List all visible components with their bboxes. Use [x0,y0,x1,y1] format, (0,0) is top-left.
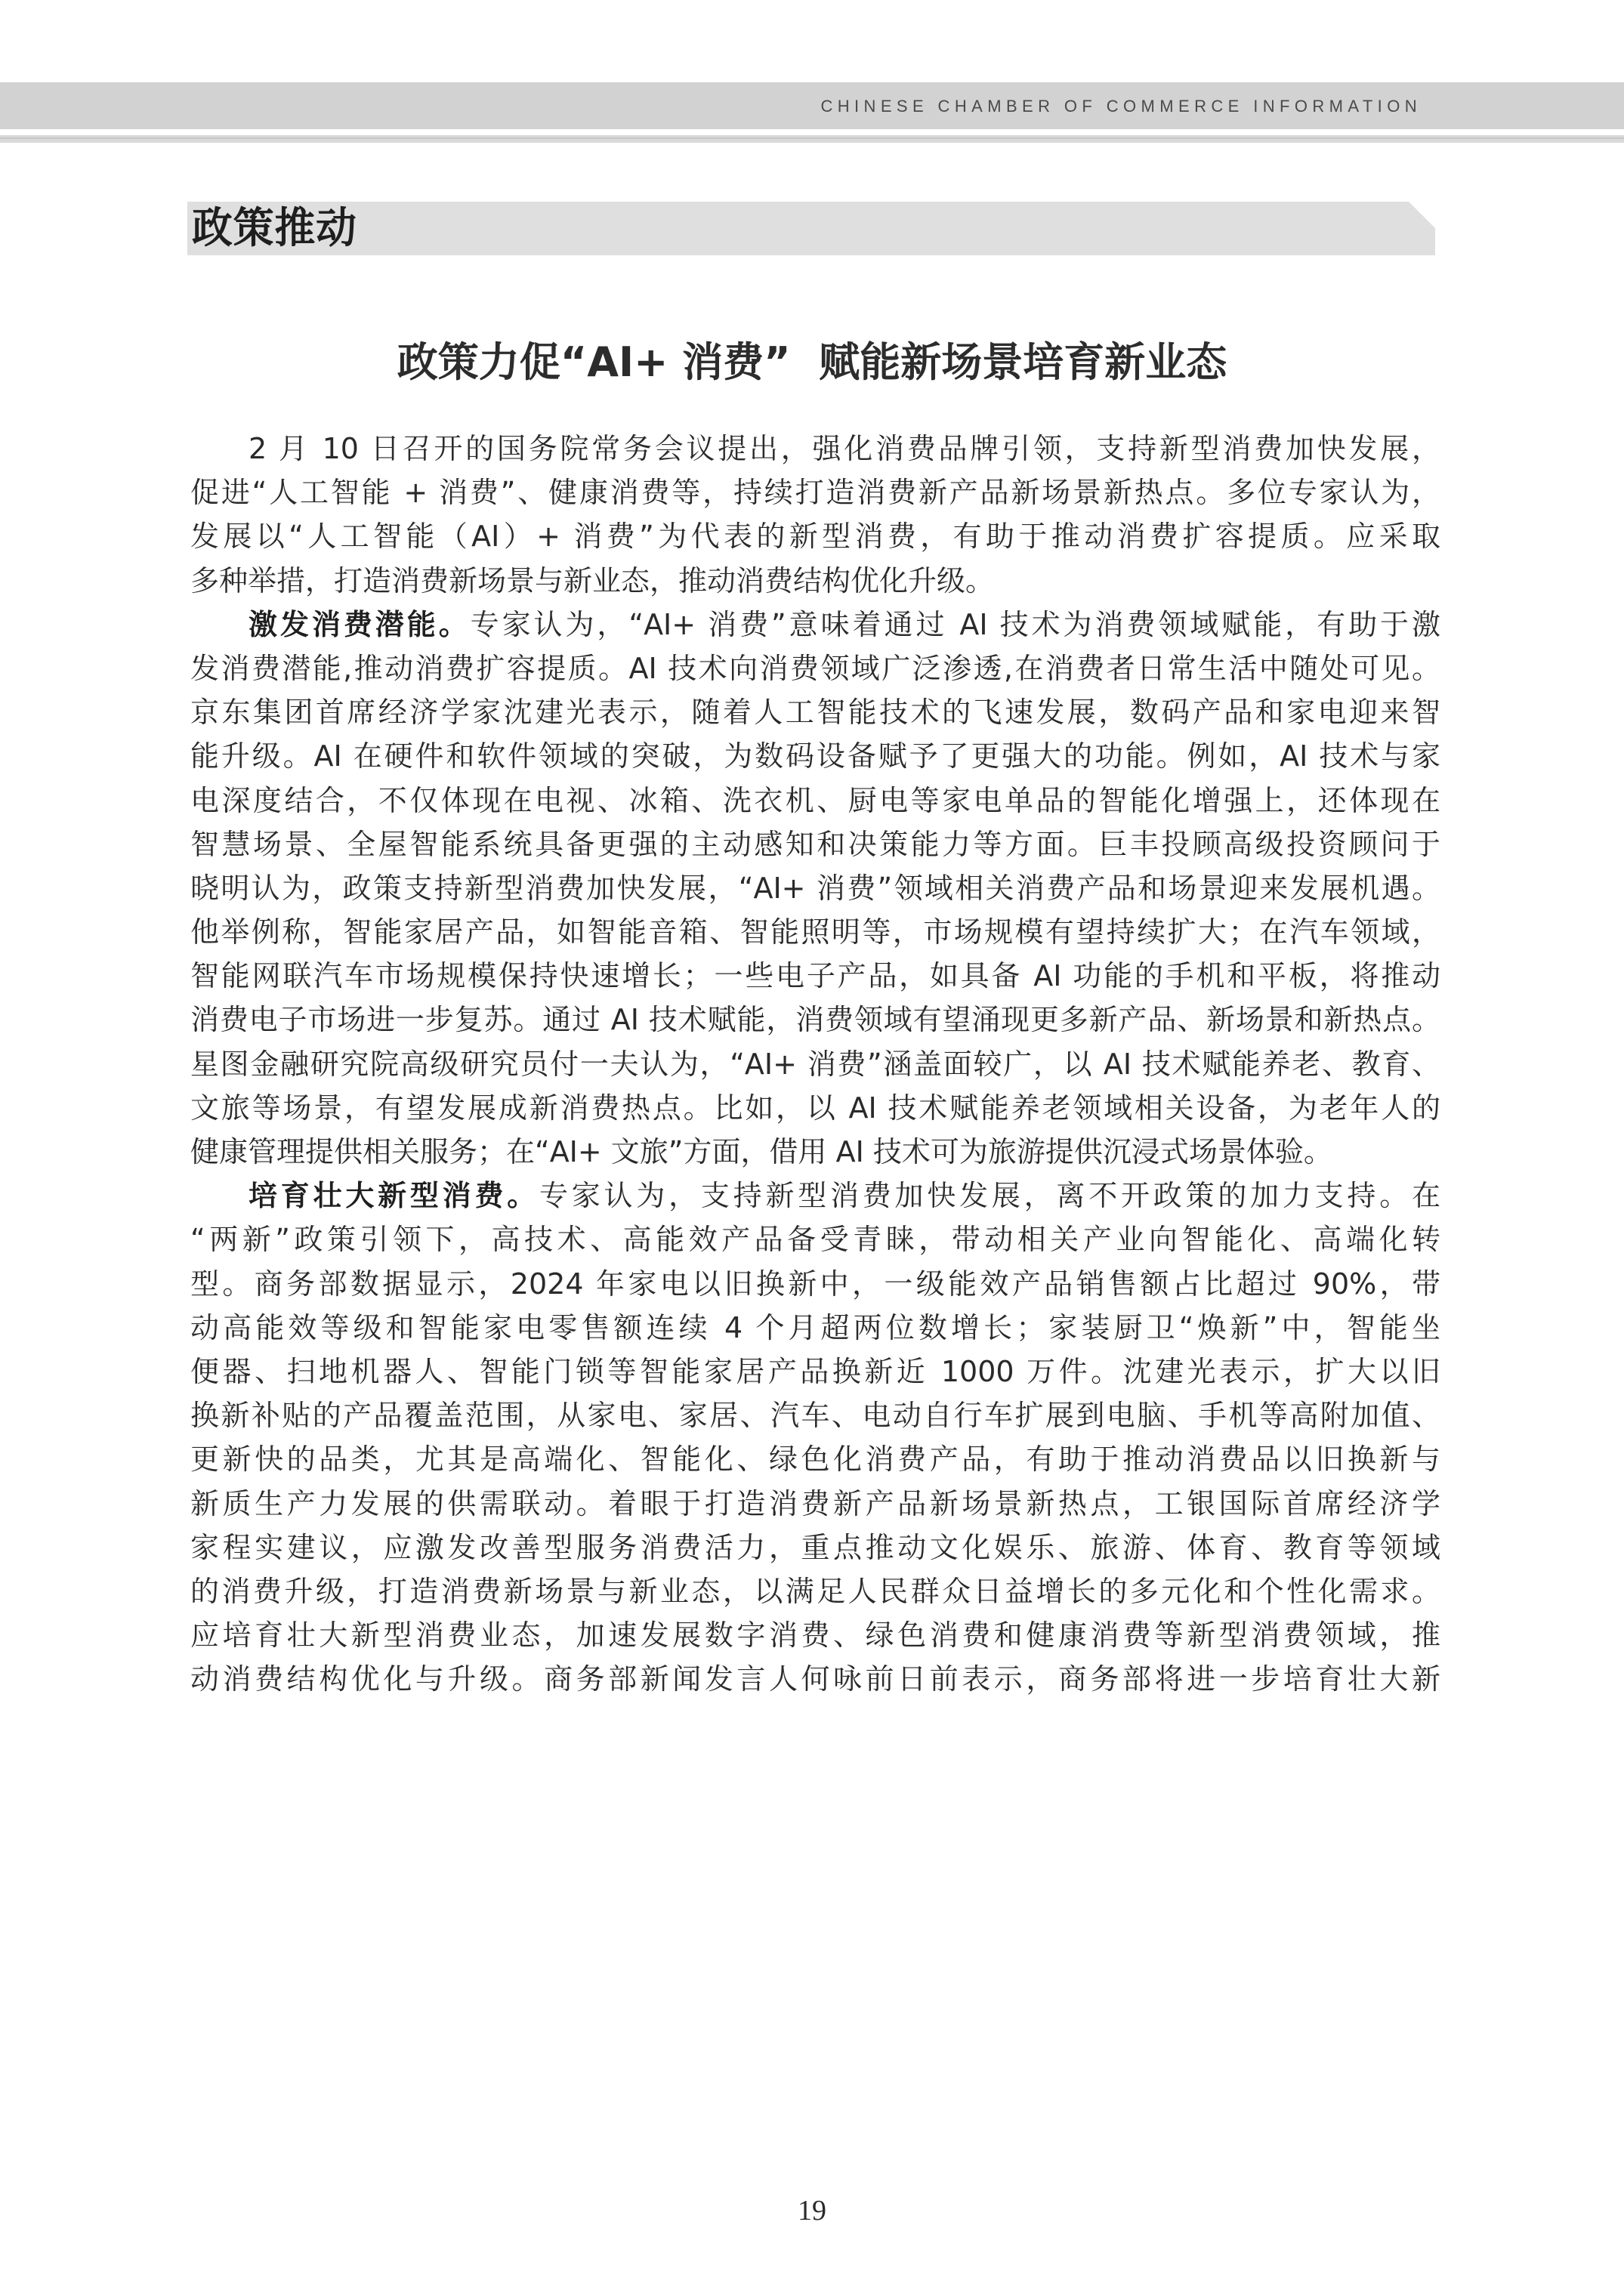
body-line: 2 月 10 日召开的国务院常务会议提出，强化消费品牌引领，支持新型消费加快发展… [190,427,1440,471]
body-line-text: 促进“人工智能 + 消费”、健康消费等，持续打造消费新产品新场景新热点。多位专家… [190,476,1440,509]
body-line-text: 新质生产力发展的供需联动。着眼于打造消费新产品新场景新热点，工银国际首席经济学 [190,1487,1440,1520]
body-line-text: 智能网联汽车市场规模保持快速增长；一些电子产品，如具备 AI 功能的手机和平板，… [190,959,1440,992]
body-line: 培育壮大新型消费。专家认为，支持新型消费加快发展，离不开政策的加力支持。在 [190,1174,1440,1217]
body-line-text: 动消费结构优化与升级。商务部新闻发言人何咏前日前表示，商务部将进一步培育壮大新 [190,1662,1440,1696]
body-line: 星图金融研究院高级研究员付一夫认为，“AI+ 消费”涵盖面较广，以 AI 技术赋… [190,1042,1440,1086]
body-line: 更新快的品类，尤其是高端化、智能化、绿色化消费产品，有助于推动消费品以旧换新与 [190,1437,1440,1481]
article-body: 2 月 10 日召开的国务院常务会议提出，强化消费品牌引领，支持新型消费加快发展… [190,427,1440,1701]
body-line-text: 家程实建议，应激发改善型服务消费活力，重点推动文化娱乐、旅游、体育、教育等领域 [190,1531,1440,1564]
body-line: 动高能效等级和智能家电零售额连续 4 个月超两位数增长；家装厨卫“焕新”中，智能… [190,1306,1440,1350]
body-line-text: 发消费潜能,推动消费扩容提质。AI 技术向消费领域广泛渗透,在消费者日常生活中随… [190,652,1440,685]
body-line-text: 发展以“人工智能（AI）+ 消费”为代表的新型消费，有助于推动消费扩容提质。应采… [190,520,1440,553]
body-line: 激发消费潜能。专家认为，“AI+ 消费”意味着通过 AI 技术为消费领域赋能，有… [190,603,1440,647]
publication-name: CHINESE CHAMBER OF COMMERCE INFORMATION [820,97,1422,116]
body-line: 消费电子市场进一步复苏。通过 AI 技术赋能，消费领域有望涌现更多新产品、新场景… [190,998,1440,1042]
body-line: 电深度结合，不仅体现在电视、冰箱、洗衣机、厨电等家电单品的智能化增强上，还体现在 [190,779,1440,822]
body-line: 换新补贴的产品覆盖范围，从家电、家居、汽车、电动自行车扩展到电脑、手机等高附加值… [190,1393,1440,1437]
body-line: “两新”政策引领下，高技术、高能效产品备受青睐，带动相关产业向智能化、高端化转 [190,1217,1440,1261]
body-line-text: 消费电子市场进一步复苏。通过 AI 技术赋能，消费领域有望涌现更多新产品、新场景… [190,1003,1440,1036]
section-title: 政策推动 [192,202,357,254]
body-line: 健康管理提供相关服务；在“AI+ 文旅”方面，借用 AI 技术可为旅游提供沉浸式… [190,1130,1440,1174]
body-line: 智慧场景、全屋智能系统具备更强的主动感知和决策能力等方面。巨丰投顾高级投资顾问于 [190,822,1440,866]
body-line: 他举例称，智能家居产品，如智能音箱、智能照明等，市场规模有望持续扩大；在汽车领域… [190,910,1440,954]
article-title: 政策力促“AI+ 消费” 赋能新场景培育新业态 [0,332,1624,393]
body-line-text: 京东集团首席经济学家沈建光表示，随着人工智能技术的飞速发展，数码产品和家电迎来智 [190,696,1440,729]
body-line: 发消费潜能,推动消费扩容提质。AI 技术向消费领域广泛渗透,在消费者日常生活中随… [190,647,1440,690]
body-line-text: 电深度结合，不仅体现在电视、冰箱、洗衣机、厨电等家电单品的智能化增强上，还体现在 [190,784,1440,817]
body-line-text: 智慧场景、全屋智能系统具备更强的主动感知和决策能力等方面。巨丰投顾高级投资顾问于 [190,828,1440,861]
body-line: 的消费升级，打造消费新场景与新业态，以满足人民群众日益增长的多元化和个性化需求。 [190,1569,1440,1613]
body-line-text: 专家认为，“AI+ 消费”意味着通过 AI 技术为消费领域赋能，有助于激 [471,608,1440,641]
body-line: 促进“人工智能 + 消费”、健康消费等，持续打造消费新产品新场景新热点。多位专家… [190,471,1440,514]
body-line-text: 健康管理提供相关服务；在“AI+ 文旅”方面，借用 AI 技术可为旅游提供沉浸式… [190,1135,1332,1168]
section-heading-band [187,202,1435,255]
body-line-text: 文旅等场景，有望发展成新消费热点。比如，以 AI 技术赋能养老领域相关设备，为老… [190,1091,1440,1125]
body-line-text: 更新快的品类，尤其是高端化、智能化、绿色化消费产品，有助于推动消费品以旧换新与 [190,1443,1440,1476]
body-line-text: 应培育壮大新型消费业态，加速发展数字消费、绿色消费和健康消费等新型消费领域，推 [190,1619,1440,1652]
body-line-text: 专家认为，支持新型消费加快发展，离不开政策的加力支持。在 [539,1179,1440,1212]
body-line-text: 他举例称，智能家居产品，如智能音箱、智能照明等，市场规模有望持续扩大；在汽车领域… [190,915,1440,949]
body-line-text: 2 月 10 日召开的国务院常务会议提出，强化消费品牌引领，支持新型消费加快发展… [249,432,1440,465]
body-line: 能升级。AI 在硬件和软件领域的突破，为数码设备赋予了更强大的功能。例如，AI … [190,734,1440,778]
body-line: 家程实建议，应激发改善型服务消费活力，重点推动文化娱乐、旅游、体育、教育等领域 [190,1526,1440,1569]
paragraph-lead-heading: 培育壮大新型消费。 [249,1179,539,1212]
body-line-text: 型。商务部数据显示，2024 年家电以旧换新中，一级能效产品销售额占比超过 90… [190,1267,1440,1301]
body-line-text: 晓明认为，政策支持新型消费加快发展，“AI+ 消费”领域相关消费产品和场景迎来发… [190,872,1440,905]
paragraph-lead-heading: 激发消费潜能。 [249,608,471,641]
body-line: 新质生产力发展的供需联动。着眼于打造消费新产品新场景新热点，工银国际首席经济学 [190,1482,1440,1526]
body-line: 京东集团首席经济学家沈建光表示，随着人工智能技术的飞速发展，数码产品和家电迎来智 [190,690,1440,734]
body-line-text: “两新”政策引领下，高技术、高能效产品备受青睐，带动相关产业向智能化、高端化转 [190,1223,1440,1256]
body-line-text: 的消费升级，打造消费新场景与新业态，以满足人民群众日益增长的多元化和个性化需求。 [190,1575,1440,1608]
body-line: 应培育壮大新型消费业态，加速发展数字消费、绿色消费和健康消费等新型消费领域，推 [190,1613,1440,1657]
body-line: 文旅等场景，有望发展成新消费热点。比如，以 AI 技术赋能养老领域相关设备，为老… [190,1086,1440,1130]
body-line: 便器、扫地机器人、智能门锁等智能家居产品换新近 1000 万件。沈建光表示，扩大… [190,1350,1440,1393]
body-line-text: 动高能效等级和智能家电零售额连续 4 个月超两位数增长；家装厨卫“焕新”中，智能… [190,1311,1440,1344]
body-line: 动消费结构优化与升级。商务部新闻发言人何咏前日前表示，商务部将进一步培育壮大新 [190,1657,1440,1701]
header-divider [0,135,1624,143]
publication-header-band: CHINESE CHAMBER OF COMMERCE INFORMATION [0,82,1624,129]
body-line-text: 能升级。AI 在硬件和软件领域的突破，为数码设备赋予了更强大的功能。例如，AI … [190,739,1440,773]
body-line-text: 便器、扫地机器人、智能门锁等智能家居产品换新近 1000 万件。沈建光表示，扩大… [190,1355,1440,1388]
body-line-text: 星图金融研究院高级研究员付一夫认为，“AI+ 消费”涵盖面较广，以 AI 技术赋… [190,1048,1440,1081]
body-line: 多种举措，打造消费新场景与新业态，推动消费结构优化升级。 [190,559,1440,603]
page-number: 19 [0,2194,1624,2227]
body-line: 晓明认为，政策支持新型消费加快发展，“AI+ 消费”领域相关消费产品和场景迎来发… [190,866,1440,910]
body-line: 型。商务部数据显示，2024 年家电以旧换新中，一级能效产品销售额占比超过 90… [190,1262,1440,1306]
body-line: 智能网联汽车市场规模保持快速增长；一些电子产品，如具备 AI 功能的手机和平板，… [190,954,1440,998]
body-line: 发展以“人工智能（AI）+ 消费”为代表的新型消费，有助于推动消费扩容提质。应采… [190,514,1440,558]
body-line-text: 换新补贴的产品覆盖范围，从家电、家居、汽车、电动自行车扩展到电脑、手机等高附加值… [190,1399,1440,1432]
body-line-text: 多种举措，打造消费新场景与新业态，推动消费结构优化升级。 [190,564,994,597]
